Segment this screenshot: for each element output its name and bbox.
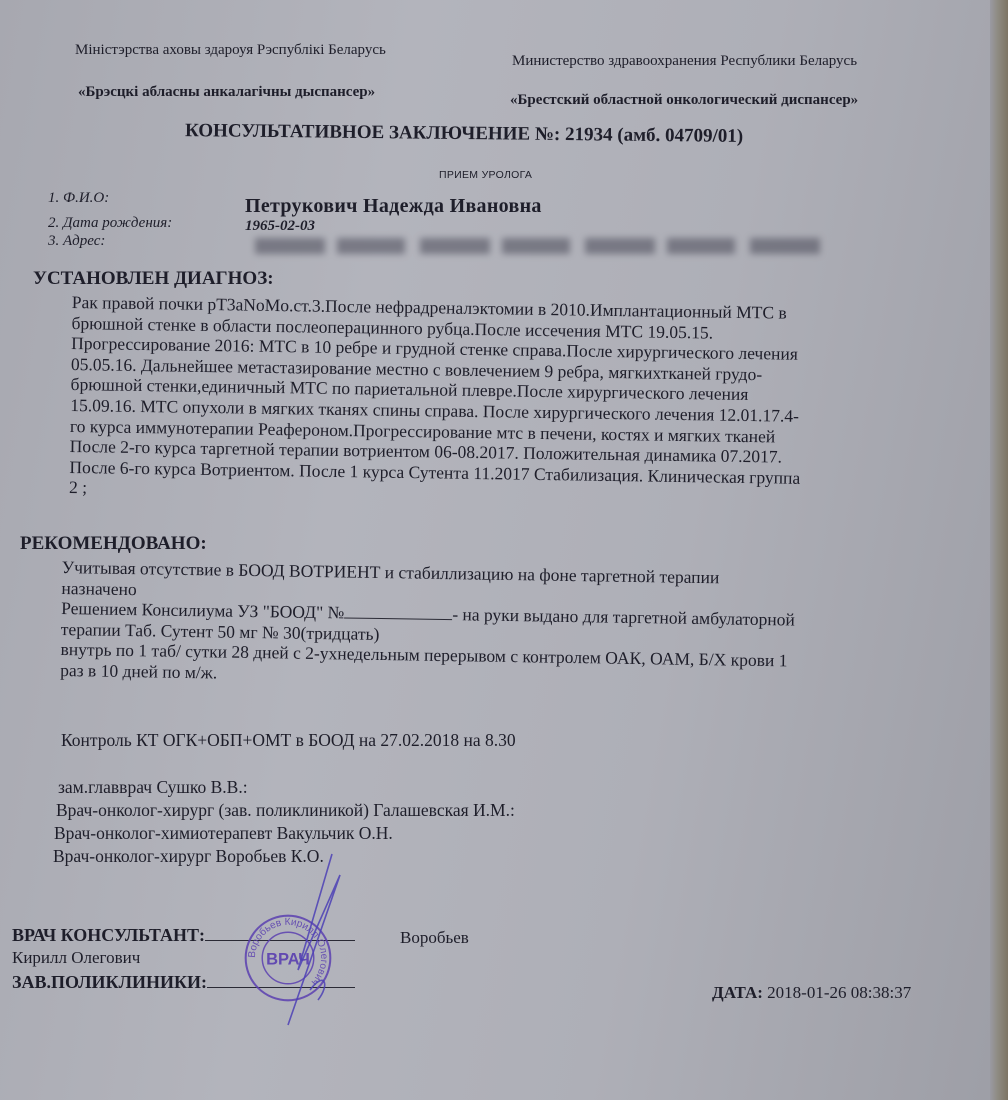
date-value: 2018-01-26 08:38:37 (767, 983, 911, 1002)
date-field: ДАТА: 2018-01-26 08:38:37 (712, 983, 911, 1003)
patient-name: Петрукович Надежда Ивановна (245, 195, 542, 218)
ministry-ru: Министерство здравоохранения Республики … (512, 53, 857, 70)
commission-member: Врач-онколог-химиотерапевт Вакульчик О.Н… (54, 822, 515, 845)
recommendation-text: Учитывая отсутствие в БООД ВОТРИЕНТ и ст… (60, 557, 796, 692)
date-label: ДАТА: (712, 983, 763, 1002)
consilium-number-blank (344, 606, 452, 621)
head-label-text: ЗАВ.ПОЛИКЛИНИКИ: (12, 972, 207, 992)
signature-scribble-icon (270, 850, 360, 1040)
consultant-name: Кирилл Олегович (12, 948, 140, 968)
diagnosis-heading: УСТАНОВЛЕН ДИАГНОЗ: (33, 268, 274, 290)
dob-label: 2. Дата рождения: (48, 215, 172, 232)
consultant-surname: Воробьев (400, 928, 469, 948)
address-blurred (255, 238, 830, 254)
dispensary-by: «Брэсцкі абласны анкалагічны дыспансер» (78, 84, 375, 101)
ministry-by: Міністэрства аховы здароуя Рэспублікі Бе… (75, 42, 386, 59)
table-edge-background (990, 0, 1008, 1100)
diagnosis-text: Рак правой почки pT3aNoMo.ст.3.После неф… (69, 292, 803, 509)
fio-label: 1. Ф.И.О: (48, 190, 109, 207)
document-title: КОНСУЛЬТАТИВНОЕ ЗАКЛЮЧЕНИЕ №: 21934 (амб… (185, 120, 743, 148)
commission-member: зам.главврач Сушко В.В.: (58, 776, 515, 799)
control-appointment: Контроль КТ ОГК+ОБП+ОМТ в БООД на 27.02.… (61, 730, 516, 751)
recommendation-heading: РЕКОМЕНДОВАНО: (20, 533, 207, 555)
address-label: 3. Адрес: (48, 233, 105, 250)
patient-dob: 1965-02-03 (245, 218, 315, 235)
document-subtitle: ПРИЕМ УРОЛОГА (439, 169, 532, 181)
dispensary-ru: «Брестский областной онкологический дисп… (510, 92, 858, 109)
commission-member: Врач-онколог-хирург (зав. поликлиникой) … (56, 799, 515, 822)
consultant-label-text: ВРАЧ КОНСУЛЬТАНТ: (12, 925, 205, 945)
